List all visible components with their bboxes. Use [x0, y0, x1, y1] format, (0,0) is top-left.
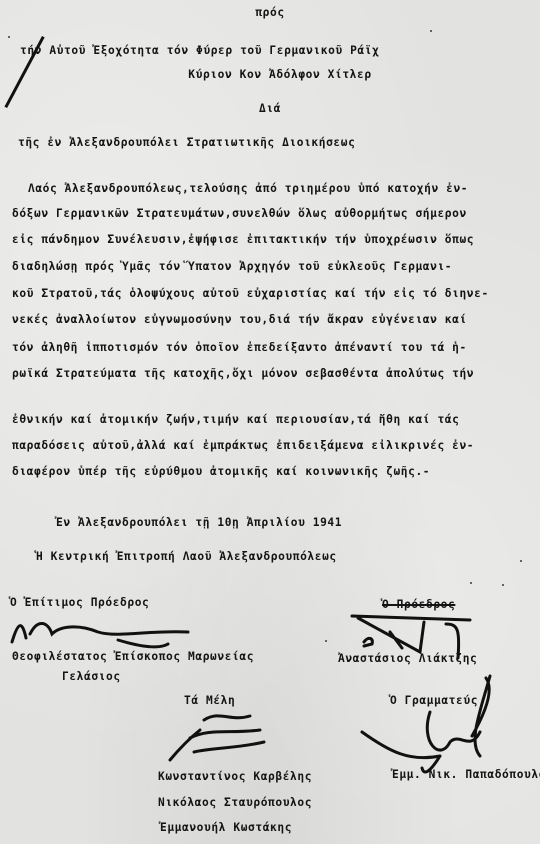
paper-speck [8, 36, 10, 38]
body-line: διαδηλώσῃ πρός Ὑμᾶς τόν Ὕπατον Ἀρχηγόν τ… [12, 260, 452, 273]
date-line: Ἐν Ἀλεξανδρουπόλει τῇ 10ῃ Ἀπριλίου 1941 [56, 516, 342, 529]
paper-speck [502, 584, 504, 586]
member-name: Νικόλαος Σταυρόπουλος [158, 796, 312, 809]
body-line: παραδόσεις αὐτοῦ,ἀλλά καί ἐμπράκτως ἐπιδ… [12, 439, 474, 452]
honorary-president-signature [8, 612, 208, 654]
body-line: ρωϊκά Στρατεύματα τῆς κατοχῆς,ὄχι μόνον … [12, 367, 474, 380]
body-line: νεκές ἀναλλοίωτον εὐγνωμοσύνην του,διά τ… [12, 313, 467, 326]
addressee-dia: Διά [0, 102, 540, 115]
body-line: ἐθνικήν καί ἀτομικήν ζωήν,τιμήν καί περι… [12, 413, 459, 426]
secretary-name: Ἐμμ. Νικ. Παπαδόπουλος [392, 768, 540, 781]
paper-speck [520, 560, 522, 562]
members-title: Τά Μέλη [184, 694, 235, 707]
honorary-president-name-1: Θεοφιλέστατος Ἐπίσκοπος Μαρωνείας [12, 650, 254, 663]
addressee-line-2: Κύριον Κον Ἀδόλφον Χίτλερ [10, 68, 540, 81]
member-name: Κωνσταντίνος Καρβέλης [158, 770, 312, 783]
addressee-line-1: τήν Αὐτοῦ Ἐξοχότητα τόν Φύρερ τοῦ Γερμαν… [20, 44, 379, 57]
paper-speck [325, 640, 327, 642]
body-line: δόξων Γερμανικῶν Στρατευμάτων,συνελθών ὅ… [12, 207, 467, 220]
body-line: εἰς πάνδημον Συνέλευσιν,ἐψήφισε ἐπιτακτι… [12, 233, 474, 246]
honorary-president-name-2: Γελάσιος [62, 670, 121, 683]
honorary-president-title: Ὁ Ἐπίτιμος Πρόεδρος [10, 596, 149, 609]
secretary-signature [360, 672, 510, 782]
paper-speck [430, 30, 432, 32]
body-line: διαφέρον ὑπέρ τῆς εὐρύθμου ἀτομικῆς καί … [12, 465, 430, 478]
body-line: κοῦ Στρατοῦ,τάς ὁλοψύχους αὐτοῦ εὐχαριστ… [12, 287, 489, 300]
member-name: Ἐμμανουήλ Κωστάκης [160, 821, 292, 834]
members-signature [160, 708, 280, 764]
body-line: τόν ἀληθῆ ἱπποτισμόν τόν ὁποῖον ἐπεδείξα… [12, 341, 467, 354]
committee-line: Ἡ Κεντρική Ἐπιτροπή Λαοῦ Ἀλεξανδρουπόλεω… [36, 550, 337, 563]
addressee-line-3: τῆς ἐν Ἀλεξανδρουπόλει Στρατιωτικῆς Διοι… [18, 136, 355, 149]
addressee-pros: πρός [0, 6, 540, 19]
president-title: Ὁ Πρόεδρος [382, 598, 455, 611]
president-name: Ἀναστάσιος Λιάκτζης [338, 652, 477, 665]
paper-speck [470, 582, 472, 584]
body-line: Λαός Ἀλεξανδρουπόλεως,τελούσης ἀπό τριημ… [28, 182, 468, 195]
